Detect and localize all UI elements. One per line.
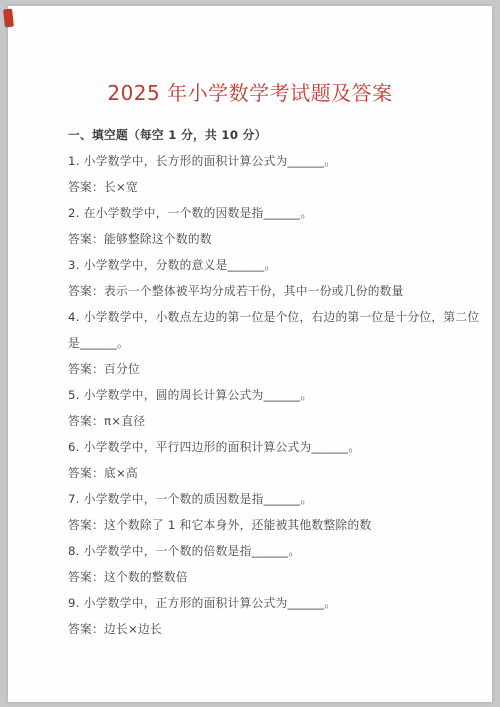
answer-2: 答案：能够整除这个数的数 — [68, 226, 476, 252]
answer-3: 答案：表示一个整体被平均分成若干份，其中一份或几份的数量 — [68, 278, 476, 304]
question-4-line-2: 是______。 — [68, 330, 476, 356]
question-4-line-1: 4. 小学数学中，小数点左边的第一位是个位，右边的第一位是十分位，第二位 — [68, 304, 476, 330]
question-5: 5. 小学数学中，圆的周长计算公式为______。 — [68, 382, 476, 408]
question-2: 2. 在小学数学中，一个数的因数是指______。 — [68, 200, 476, 226]
document-title: 2025 年小学数学考试题及答案 — [8, 78, 492, 108]
question-8: 8. 小学数学中，一个数的倍数是指______。 — [68, 538, 476, 564]
answer-5: 答案：π×直径 — [68, 408, 476, 434]
document-page: 2025 年小学数学考试题及答案 一、填空题（每空 1 分，共 10 分） 1.… — [8, 6, 492, 702]
answer-7: 答案：这个数除了 1 和它本身外，还能被其他数整除的数 — [68, 512, 476, 538]
answer-1: 答案：长×宽 — [68, 174, 476, 200]
answer-4: 答案：百分位 — [68, 356, 476, 382]
section-heading-fill-in-blanks: 一、填空题（每空 1 分，共 10 分） — [68, 122, 476, 148]
answer-9: 答案：边长×边长 — [68, 616, 476, 642]
question-1: 1. 小学数学中，长方形的面积计算公式为______。 — [68, 148, 476, 174]
question-7: 7. 小学数学中，一个数的质因数是指______。 — [68, 486, 476, 512]
answer-6: 答案：底×高 — [68, 460, 476, 486]
document-body: 一、填空题（每空 1 分，共 10 分） 1. 小学数学中，长方形的面积计算公式… — [8, 122, 492, 642]
question-9: 9. 小学数学中，正方形的面积计算公式为______。 — [68, 590, 476, 616]
answer-8: 答案：这个数的整数倍 — [68, 564, 476, 590]
red-corner-mark — [3, 9, 14, 28]
question-6: 6. 小学数学中，平行四边形的面积计算公式为______。 — [68, 434, 476, 460]
question-3: 3. 小学数学中，分数的意义是______。 — [68, 252, 476, 278]
